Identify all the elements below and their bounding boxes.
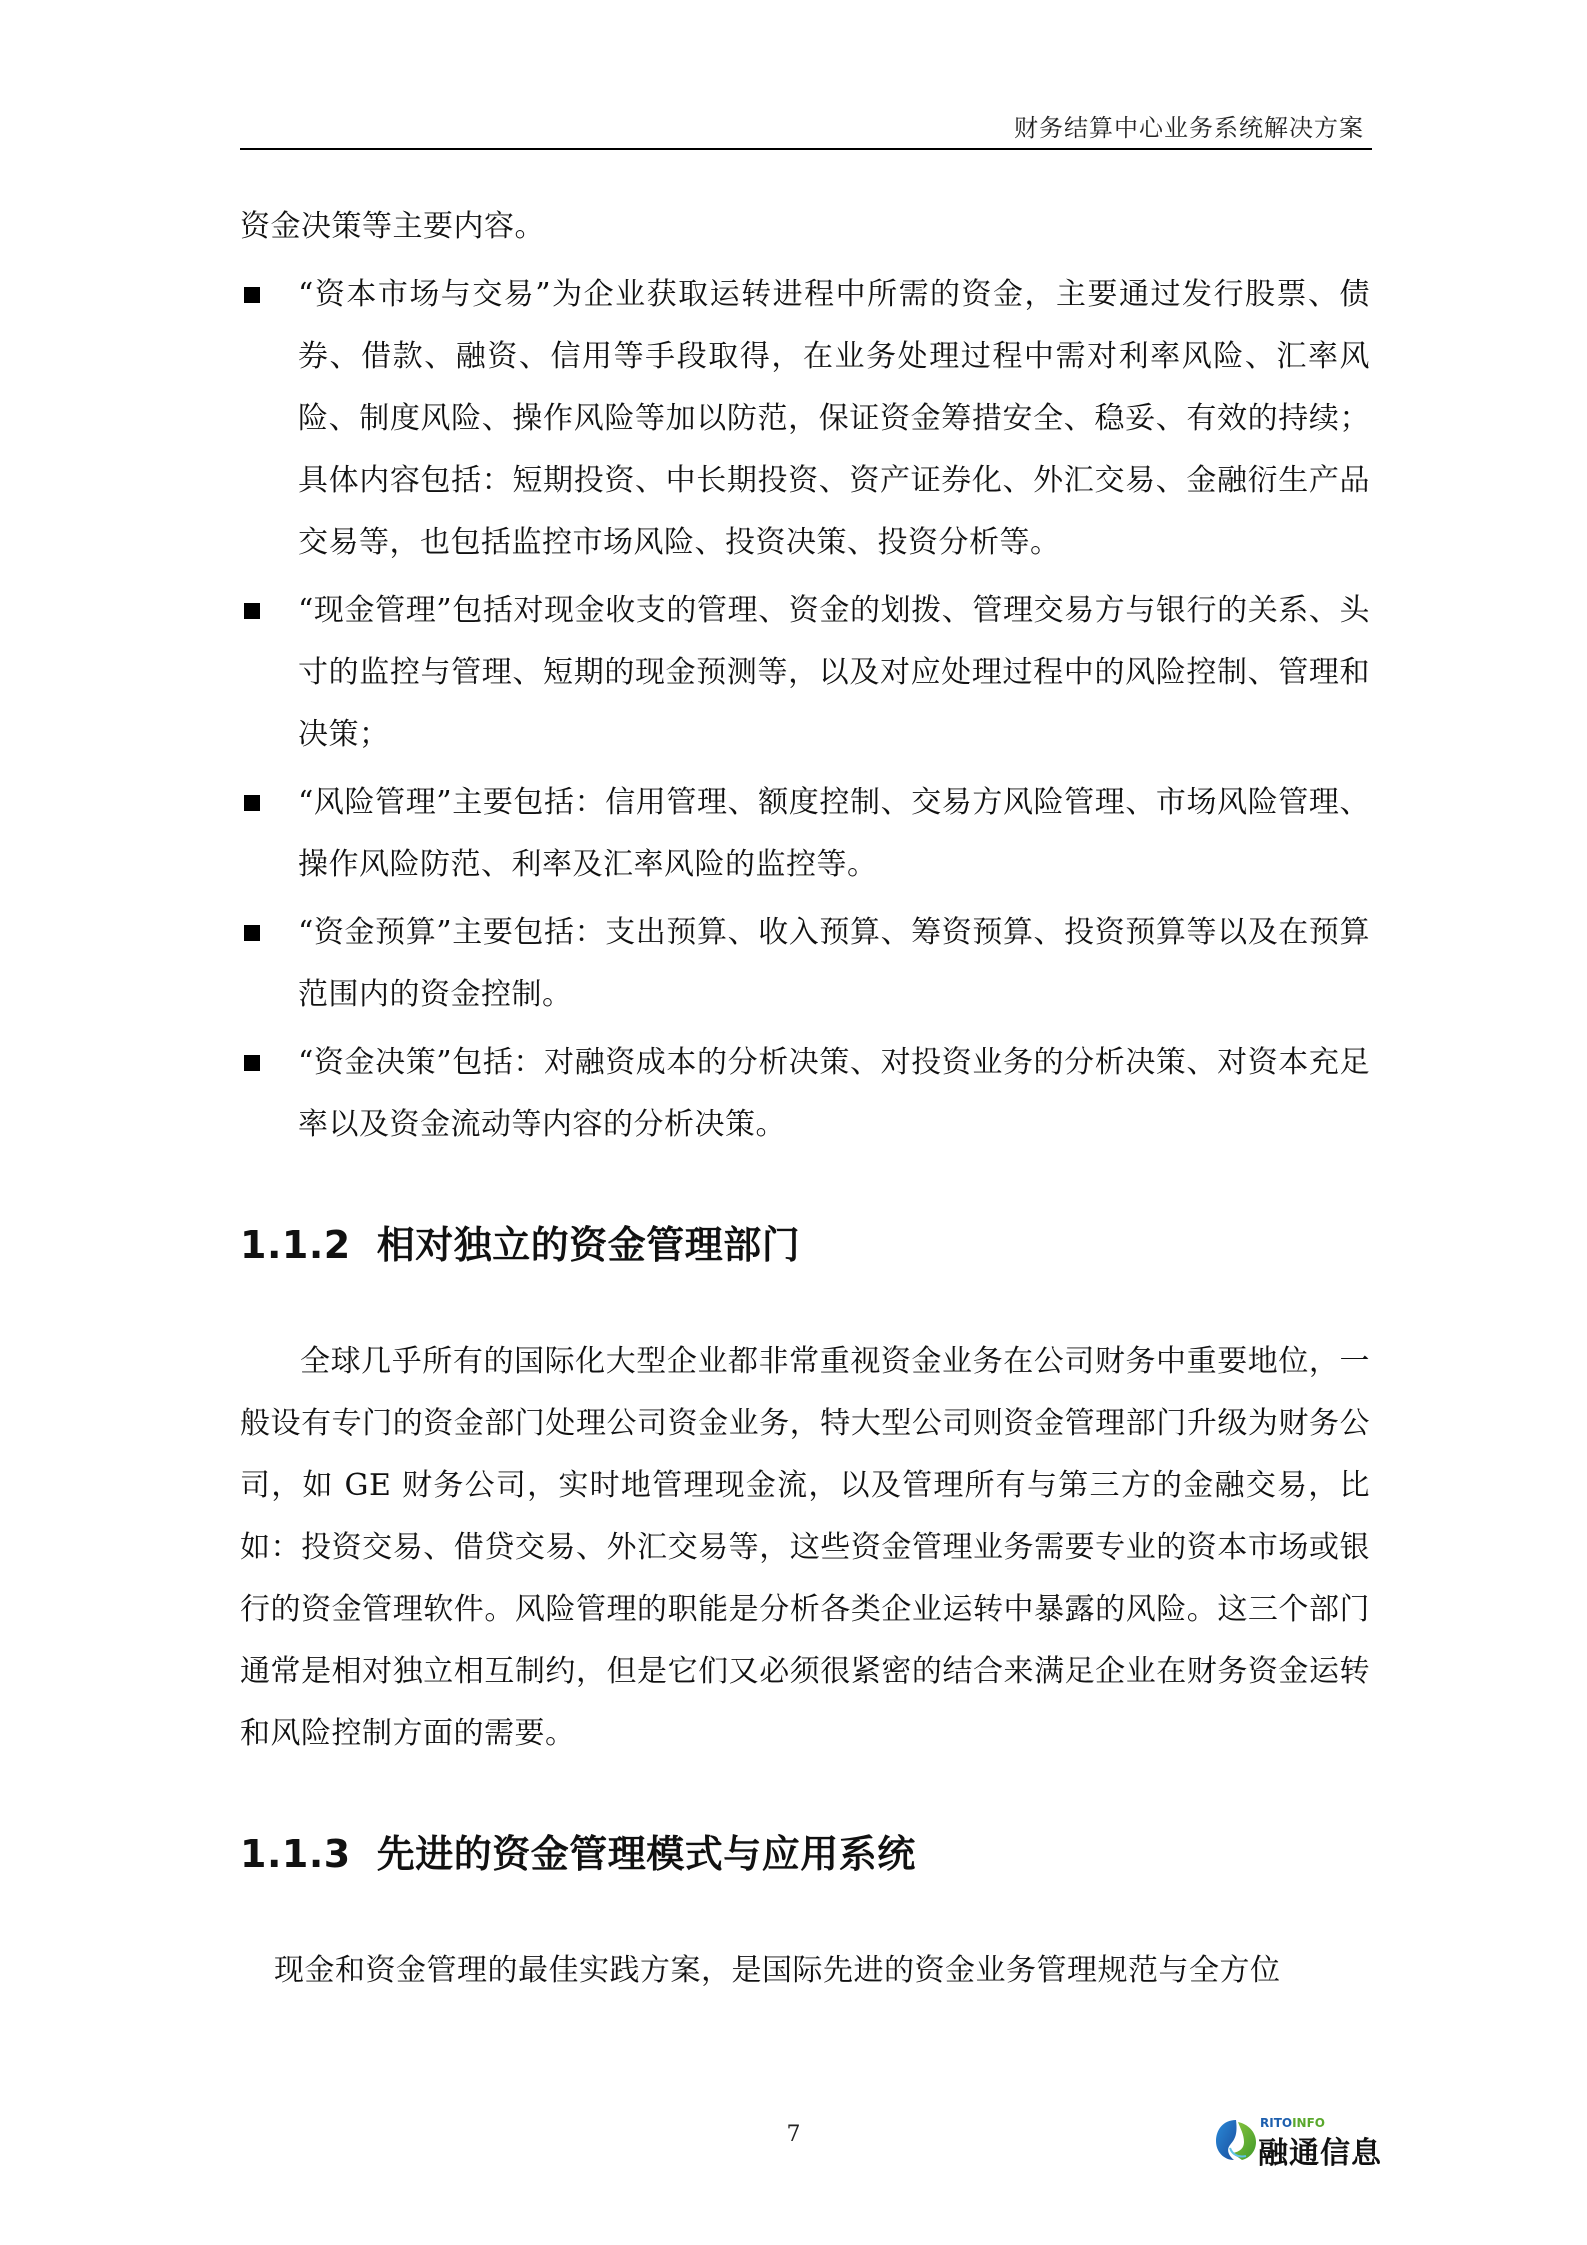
section-number: 1.1.3	[240, 1832, 351, 1876]
document-title: 财务结算中心业务系统解决方案	[1014, 108, 1364, 143]
section-title: 先进的资金管理模式与应用系统	[377, 1832, 916, 1876]
list-item: “资本市场与交易”为企业获取运转进程中所需的资金，主要通过发行股票、债券、借款、…	[240, 264, 1370, 574]
square-bullet-icon	[244, 925, 260, 941]
square-bullet-icon	[244, 287, 260, 303]
list-item-text: “资金预算”主要包括：支出预算、收入预算、筹资预算、投资预算等以及在预算范围内的…	[298, 902, 1370, 1026]
page-content: 资金决策等主要内容。 “资本市场与交易”为企业获取运转进程中所需的资金，主要通过…	[240, 196, 1370, 2002]
lead-paragraph: 资金决策等主要内容。	[240, 196, 1370, 258]
square-bullet-icon	[244, 1055, 260, 1071]
list-item: “资金预算”主要包括：支出预算、收入预算、筹资预算、投资预算等以及在预算范围内的…	[240, 902, 1370, 1026]
list-item-text: “现金管理”包括对现金收支的管理、资金的划拨、管理交易方与银行的关系、头寸的监控…	[298, 580, 1370, 766]
page-header: 财务结算中心业务系统解决方案	[240, 104, 1372, 150]
square-bullet-icon	[244, 603, 260, 619]
section-title: 相对独立的资金管理部门	[377, 1223, 801, 1267]
list-item-text: “资金决策”包括：对融资成本的分析决策、对投资业务的分析决策、对资本充足率以及资…	[298, 1032, 1370, 1156]
company-logo: RITOINFO 融通信息	[1214, 2116, 1424, 2166]
list-item: “资金决策”包括：对融资成本的分析决策、对投资业务的分析决策、对资本充足率以及资…	[240, 1032, 1370, 1156]
section-heading-1-1-2: 1.1.2相对独立的资金管理部门	[240, 1214, 1370, 1269]
square-bullet-icon	[244, 795, 260, 811]
section-body-1-1-3: 现金和资金管理的最佳实践方案，是国际先进的资金业务管理规范与全方位	[240, 1940, 1370, 2002]
list-item-text: “资本市场与交易”为企业获取运转进程中所需的资金，主要通过发行股票、债券、借款、…	[298, 264, 1370, 574]
list-item: “现金管理”包括对现金收支的管理、资金的划拨、管理交易方与银行的关系、头寸的监控…	[240, 580, 1370, 766]
section-body-1-1-2: 全球几乎所有的国际化大型企业都非常重视资金业务在公司财务中重要地位，一般设有专门…	[240, 1331, 1370, 1765]
list-item: “风险管理”主要包括：信用管理、额度控制、交易方风险管理、市场风险管理、操作风险…	[240, 772, 1370, 896]
section-number: 1.1.2	[240, 1223, 351, 1267]
section-heading-1-1-3: 1.1.3先进的资金管理模式与应用系统	[240, 1823, 1370, 1878]
logo-name: 融通信息	[1258, 2128, 1382, 2172]
ritoinfo-logo-icon	[1214, 2118, 1258, 2162]
list-item-text: “风险管理”主要包括：信用管理、额度控制、交易方风险管理、市场风险管理、操作风险…	[298, 772, 1370, 896]
bullet-list: “资本市场与交易”为企业获取运转进程中所需的资金，主要通过发行股票、债券、借款、…	[240, 264, 1370, 1156]
